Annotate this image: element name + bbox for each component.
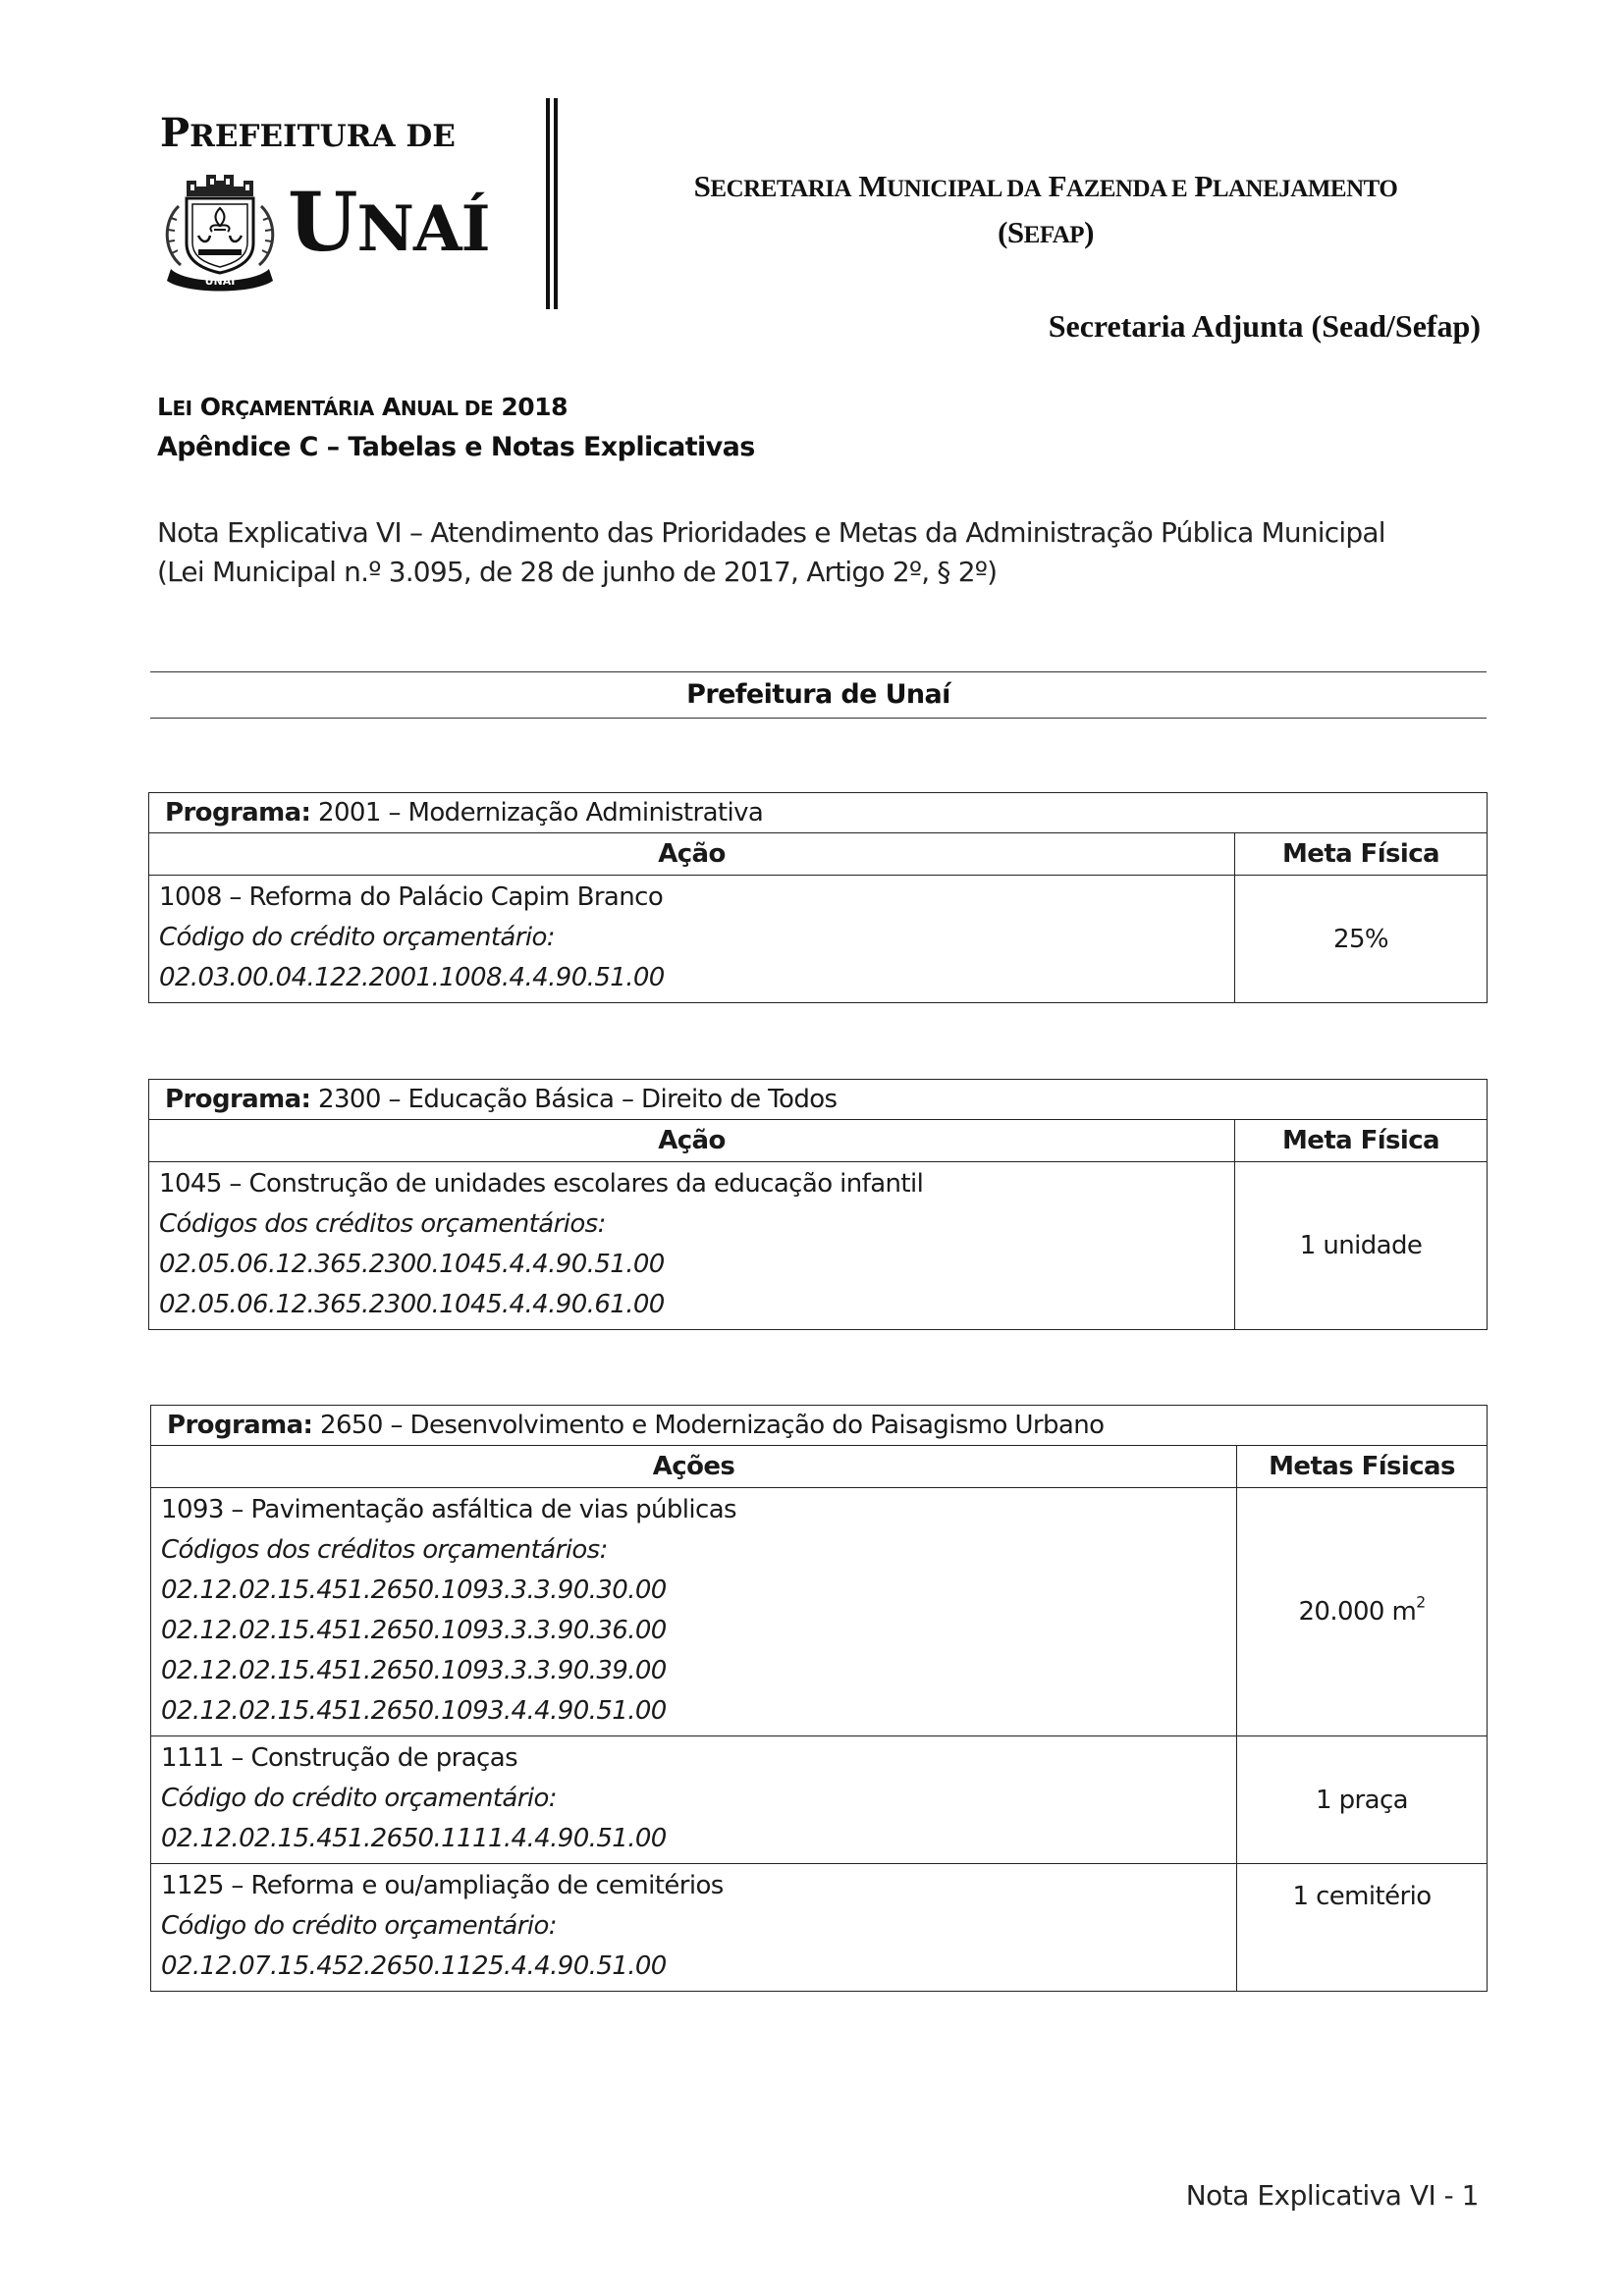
column-header-action: Ações: [151, 1446, 1237, 1488]
codes-label: Código do crédito orçamentário:: [161, 1779, 1226, 1819]
action-title: 1093 – Pavimentação asfáltica de vias pú…: [161, 1490, 1226, 1530]
codes-label: Código do crédito orçamentário:: [161, 1906, 1226, 1947]
secretaria-title: SECRETARIA MUNICIPAL DA FAZENDA E PLANEJ…: [628, 165, 1463, 257]
table-header-row: Ações Metas Físicas: [151, 1446, 1488, 1488]
program-header-row: Programa: 2650 – Desenvolvimento e Moder…: [151, 1406, 1488, 1446]
budget-code: 02.03.00.04.122.2001.1008.4.4.90.51.00: [159, 958, 1224, 998]
program-table: Programa: 2300 – Educação Básica – Direi…: [148, 1079, 1488, 1330]
action-cell: 1111 – Construção de praças Código do cr…: [151, 1736, 1237, 1864]
program-header-row: Programa: 2300 – Educação Básica – Direi…: [149, 1080, 1488, 1120]
appendix-title: Apêndice C – Tabelas e Notas Explicativa…: [157, 432, 755, 462]
program-title: Programa: 2650 – Desenvolvimento e Moder…: [151, 1406, 1488, 1446]
program-table: Programa: 2001 – Modernização Administra…: [148, 792, 1488, 1003]
nota-explicativa-description: Nota Explicativa VI – Atendimento das Pr…: [157, 513, 1492, 592]
goal-cell: 20.000 m2: [1237, 1488, 1488, 1736]
lei-title: LEI ORÇAMENTÁRIA ANUAL DE 2018: [157, 393, 568, 421]
action-title: 1045 – Construção de unidades escolares …: [159, 1164, 1224, 1204]
column-header-action: Ação: [149, 833, 1235, 876]
nota-line-2: (Lei Municipal n.º 3.095, de 28 de junho…: [157, 553, 1492, 592]
page-footer: Nota Explicativa VI - 1: [1186, 2179, 1479, 2212]
codes-label: Códigos dos créditos orçamentários:: [159, 1204, 1224, 1245]
budget-code: 02.05.06.12.365.2300.1045.4.4.90.61.00: [159, 1285, 1224, 1325]
program-table: Programa: 2650 – Desenvolvimento e Moder…: [150, 1405, 1488, 1992]
program-header-row: Programa: 2001 – Modernização Administra…: [149, 793, 1488, 833]
table-row: 1045 – Construção de unidades escolares …: [149, 1162, 1488, 1330]
action-title: 1125 – Reforma e ou/ampliação de cemitér…: [161, 1866, 1226, 1906]
goal-cell: 1 unidade: [1235, 1162, 1488, 1330]
budget-code: 02.12.07.15.452.2650.1125.4.4.90.51.00: [161, 1947, 1226, 1987]
goal-cell: 1 praça: [1237, 1736, 1488, 1864]
action-cell: 1045 – Construção de unidades escolares …: [149, 1162, 1235, 1330]
column-header-goal: Metas Físicas: [1237, 1446, 1488, 1488]
budget-code: 02.12.02.15.451.2650.1093.3.3.90.30.00: [161, 1571, 1226, 1611]
table-row: 1008 – Reforma do Palácio Capim Branco C…: [149, 876, 1488, 1003]
secretaria-adjunta: Secretaria Adjunta (Sead/Sefap): [1049, 308, 1481, 345]
budget-code: 02.12.02.15.451.2650.1093.3.3.90.39.00: [161, 1651, 1226, 1691]
action-title: 1008 – Reforma do Palácio Capim Branco: [159, 878, 1224, 918]
table-row: 1111 – Construção de praças Código do cr…: [151, 1736, 1488, 1864]
column-header-goal: Meta Física: [1235, 1120, 1488, 1162]
budget-code: 02.12.02.15.451.2650.1093.4.4.90.51.00: [161, 1691, 1226, 1732]
logo-title-line1: PREFEITURA DE: [160, 110, 456, 156]
section-top-rule: [150, 671, 1487, 672]
column-header-action: Ação: [149, 1120, 1235, 1162]
program-title: Programa: 2300 – Educação Básica – Direi…: [149, 1080, 1488, 1120]
header-divider: [546, 98, 550, 309]
budget-code: 02.12.02.15.451.2650.1093.3.3.90.36.00: [161, 1611, 1226, 1651]
budget-code: 02.05.06.12.365.2300.1045.4.4.90.51.00: [159, 1245, 1224, 1285]
logo-title-line2: UNAÍ: [288, 183, 490, 263]
action-cell: 1125 – Reforma e ou/ampliação de cemitér…: [151, 1864, 1237, 1992]
table-row: 1125 – Reforma e ou/ampliação de cemitér…: [151, 1864, 1488, 1992]
section-title: Prefeitura de Unaí: [150, 679, 1487, 710]
crest-ribbon-text: UNAÍ: [205, 275, 236, 288]
table-row: 1093 – Pavimentação asfáltica de vias pú…: [151, 1488, 1488, 1736]
column-header-goal: Meta Física: [1235, 833, 1488, 876]
section-bottom-rule: [150, 718, 1487, 719]
goal-cell: 1 cemitério: [1237, 1864, 1488, 1992]
action-cell: 1093 – Pavimentação asfáltica de vias pú…: [151, 1488, 1237, 1736]
codes-label: Códigos dos créditos orçamentários:: [161, 1530, 1226, 1571]
action-title: 1111 – Construção de praças: [161, 1738, 1226, 1779]
municipal-coat-of-arms-icon: UNAÍ: [157, 167, 283, 294]
nota-line-1: Nota Explicativa VI – Atendimento das Pr…: [157, 513, 1492, 553]
program-title: Programa: 2001 – Modernização Administra…: [149, 793, 1488, 833]
codes-label: Código do crédito orçamentário:: [159, 918, 1224, 958]
header-divider: [554, 98, 558, 309]
table-header-row: Ação Meta Física: [149, 1120, 1488, 1162]
action-cell: 1008 – Reforma do Palácio Capim Branco C…: [149, 876, 1235, 1003]
budget-code: 02.12.02.15.451.2650.1111.4.4.90.51.00: [161, 1819, 1226, 1859]
table-header-row: Ação Meta Física: [149, 833, 1488, 876]
goal-cell: 25%: [1235, 876, 1488, 1003]
